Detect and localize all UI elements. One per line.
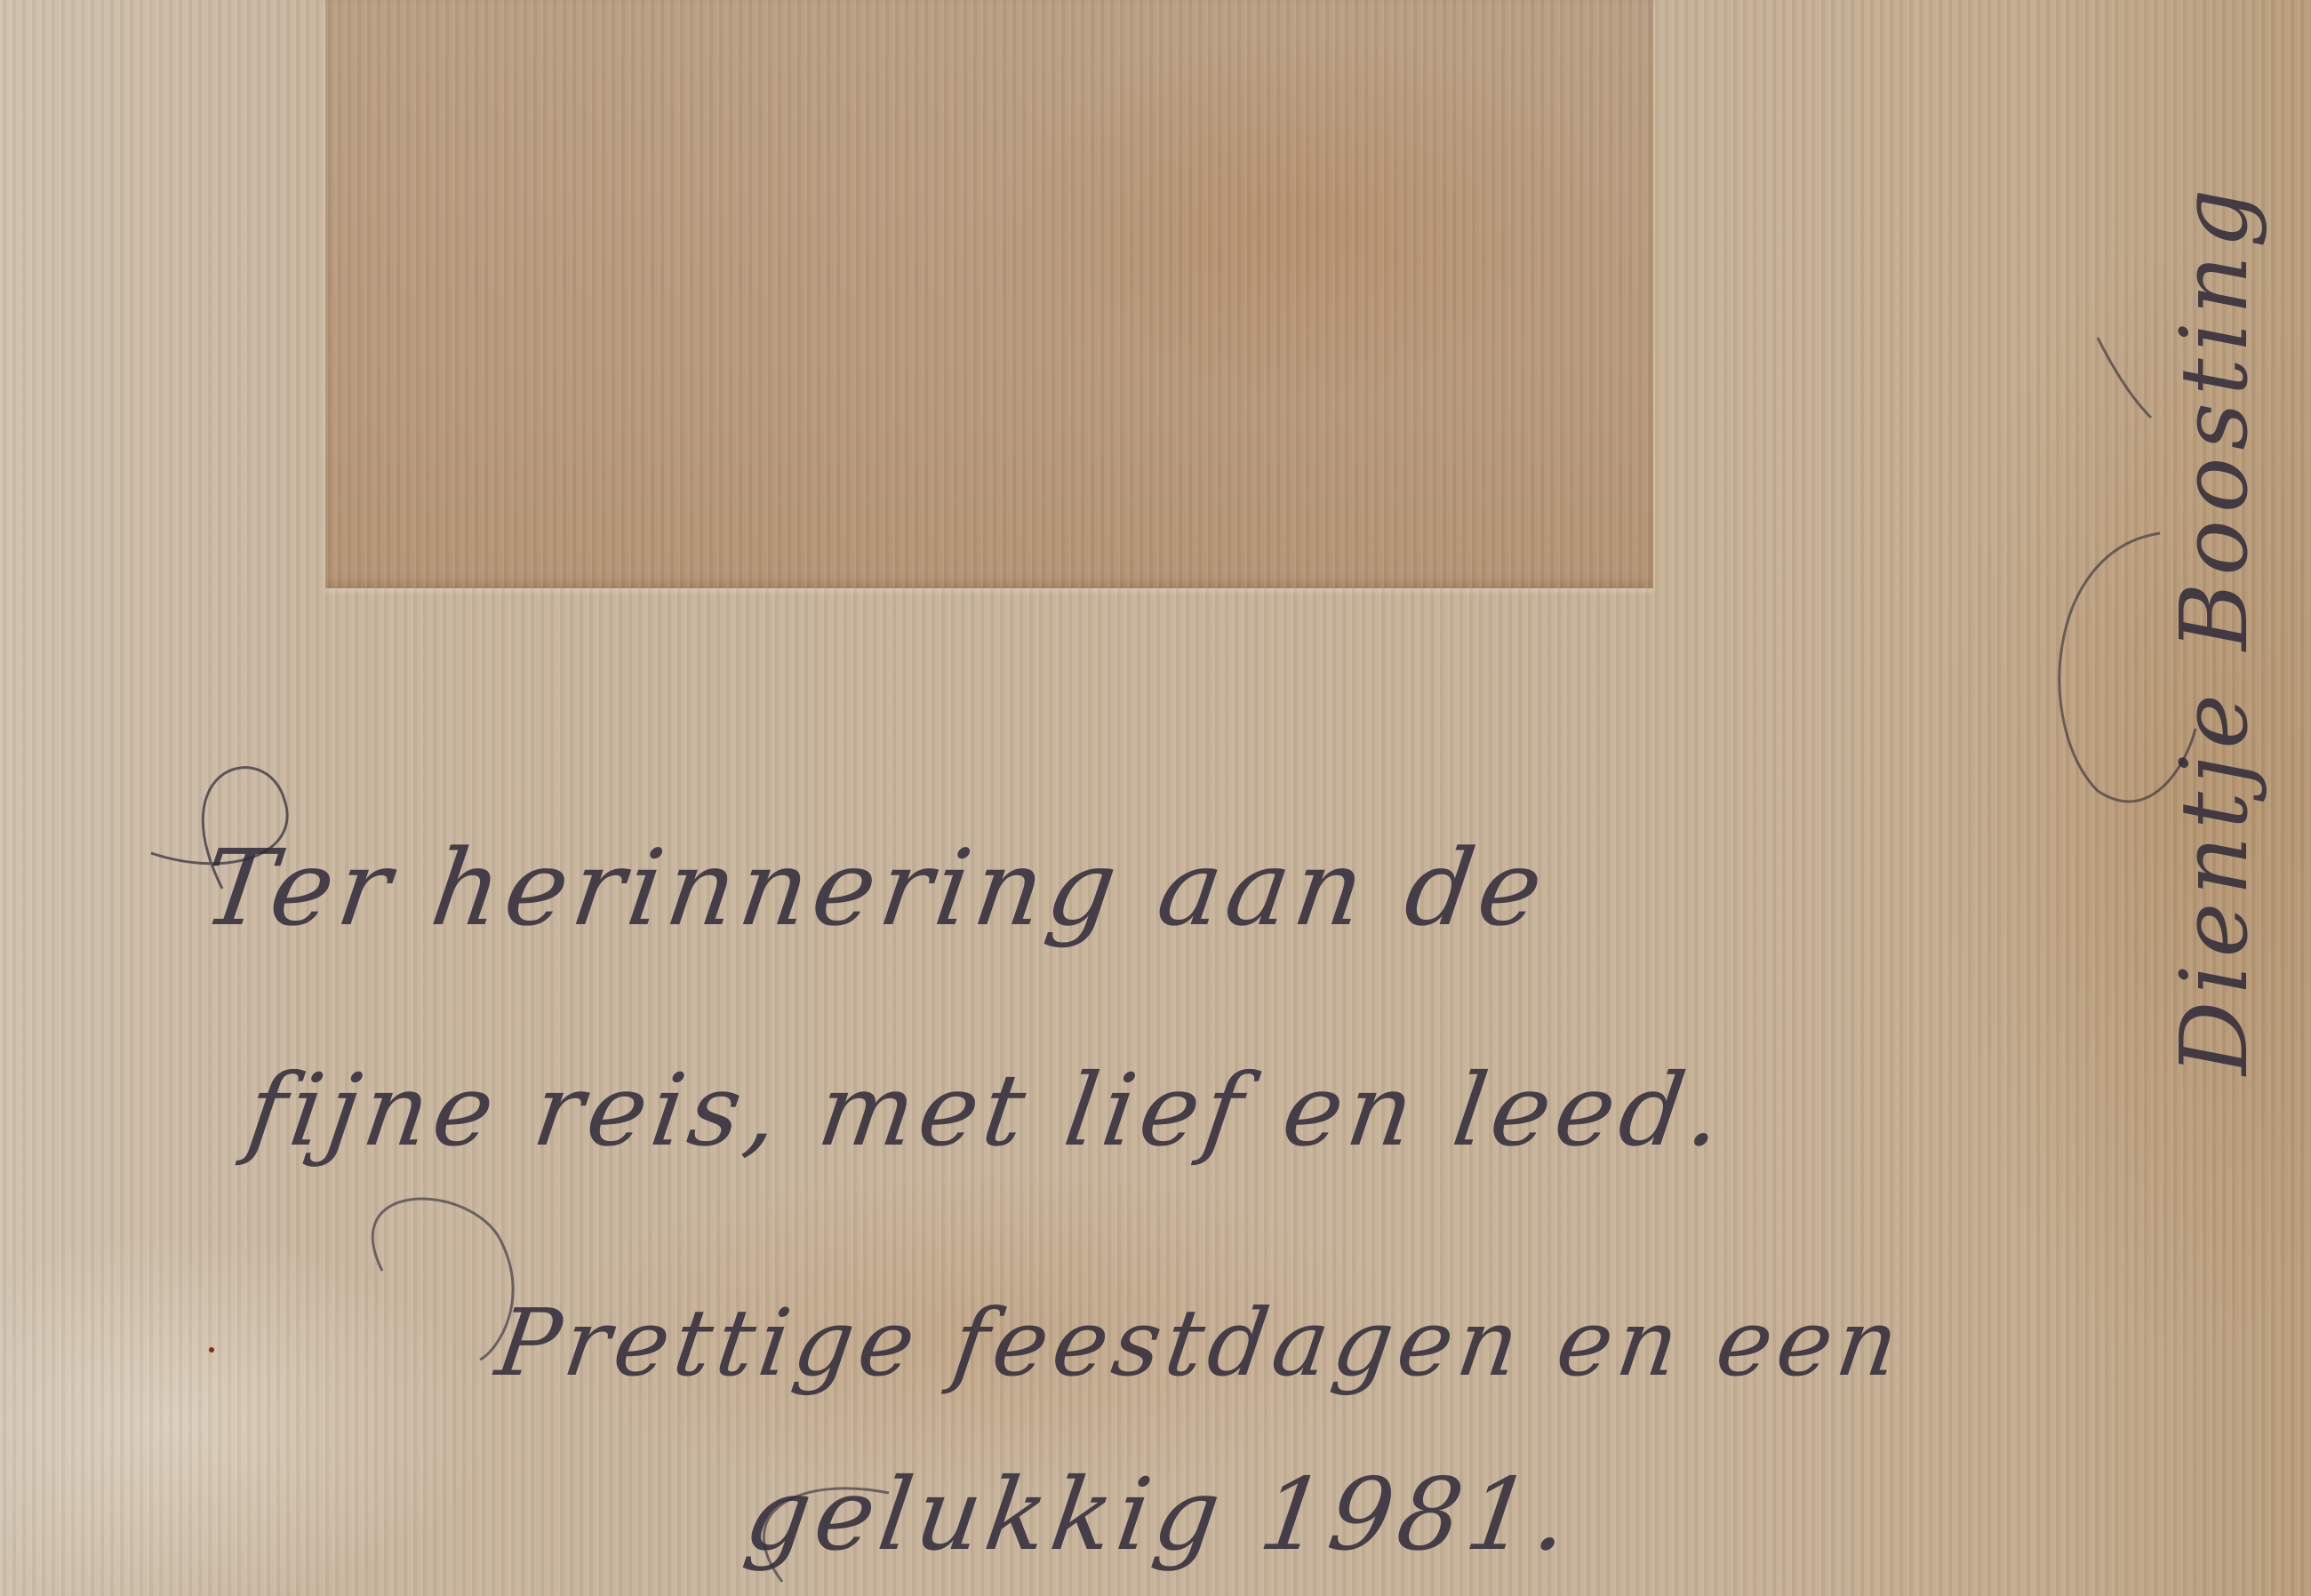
inscription-line-4: gelukkig 1981. <box>739 1457 1581 1573</box>
ink-speck <box>209 1347 214 1353</box>
inscription-line-2: fijne reis, met lief en leed. <box>241 1053 1734 1169</box>
photo-window-area <box>325 0 1653 588</box>
signature: Dientje Boosting <box>2160 182 2268 1075</box>
inscription-line-3: Prettige feestdagen en een <box>490 1289 1910 1397</box>
inscription-line-1: Ter herinnering aan de <box>196 826 1555 949</box>
photo-window-texture <box>325 0 1653 588</box>
